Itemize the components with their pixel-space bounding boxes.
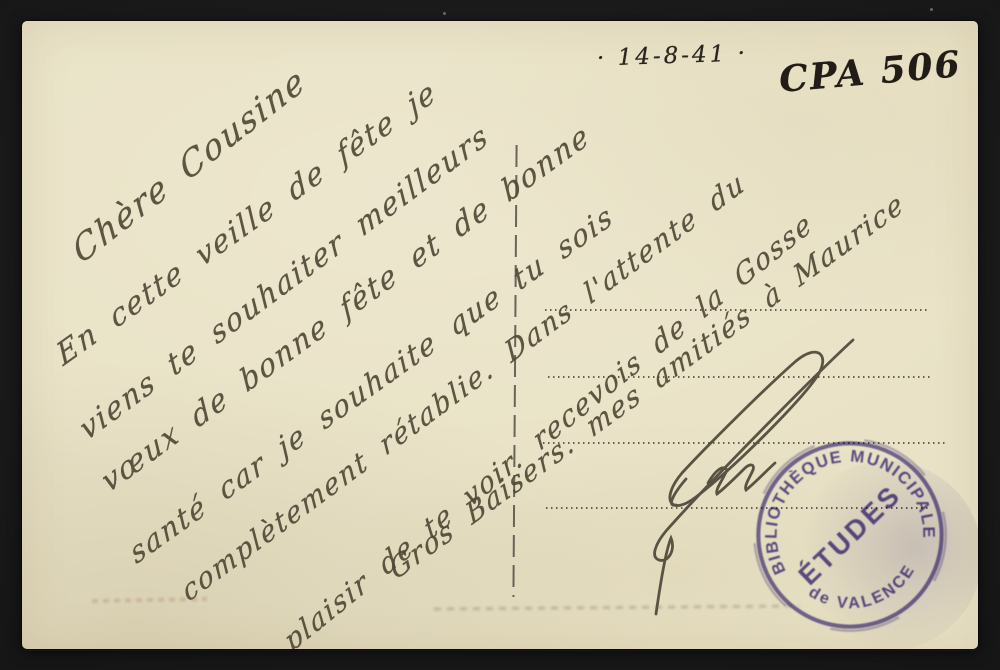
postcard-date: · 14-8-41 ·	[597, 40, 749, 71]
library-stamp: BIBLIOTHÈQUE MUNICIPALE de VALENCE ÉTUDE…	[738, 425, 962, 649]
photo-background: · 14-8-41 · CPA 506 Chère Cousine En cet…	[0, 0, 1000, 670]
postcard: · 14-8-41 · CPA 506 Chère Cousine En cet…	[22, 21, 978, 649]
catalog-number: CPA 506	[778, 43, 964, 101]
message-line-1: Chère Cousine	[67, 59, 312, 273]
dust-speck	[930, 8, 933, 11]
dust-speck	[443, 12, 446, 15]
stamp-center-text: ÉTUDES	[792, 478, 907, 590]
message-address-divider	[512, 145, 517, 597]
